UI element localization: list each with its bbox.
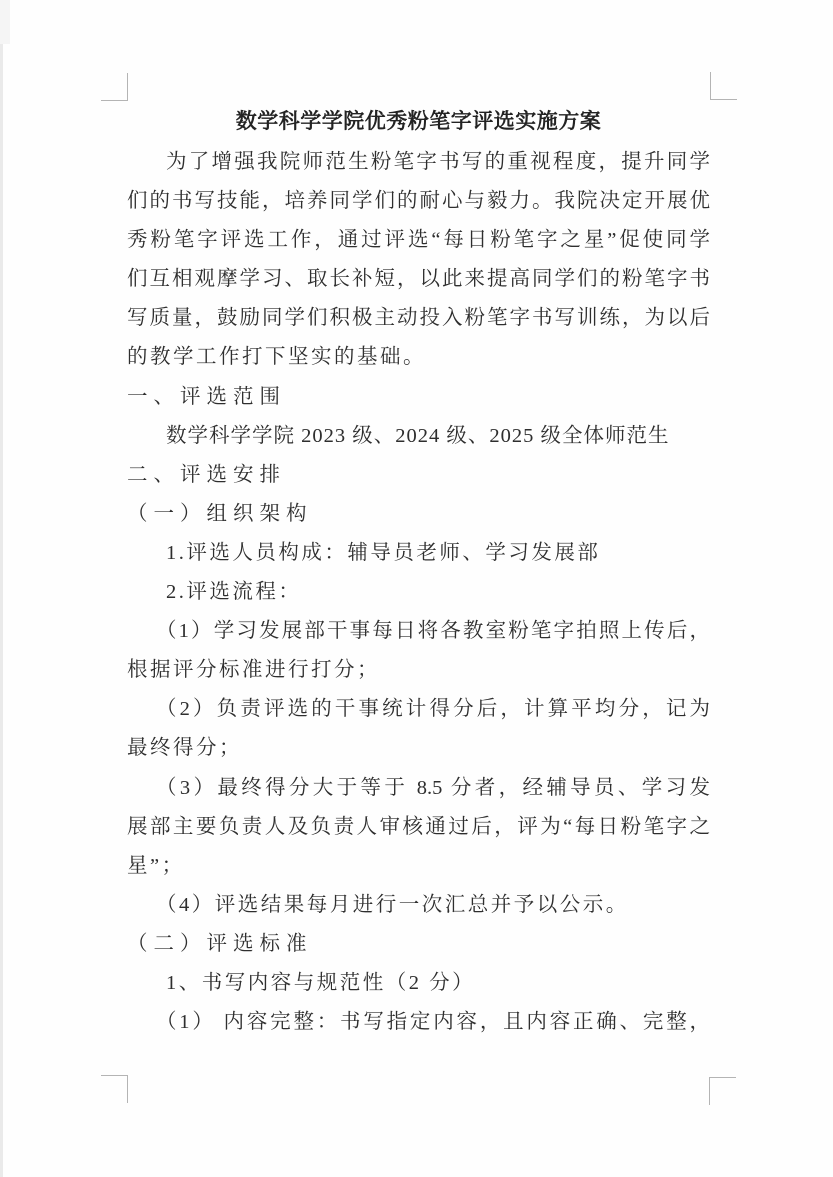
crop-mark-bottom-left: [101, 1075, 128, 1103]
document-line: 们互相观摩学习、取长补短，以此来提高同学们的粉笔字书: [127, 260, 710, 299]
page-left-edge: [0, 0, 3, 1177]
crop-mark-top-left: [101, 73, 128, 101]
document-page: { "page": { "background": "#fefefe", "te…: [0, 0, 833, 1177]
crop-mark-top-right: [710, 72, 737, 100]
document-line: 2.评选流程：: [127, 573, 710, 612]
document-line: 们的书写技能，培养同学们的耐心与毅力。我院决定开展优: [127, 182, 710, 221]
document-line: （一）组织架构: [127, 495, 710, 534]
document-line: 最终得分；: [127, 729, 710, 768]
document-line: （1）学习发展部干事每日将各教室粉笔字拍照上传后，: [127, 612, 710, 651]
document-line: （3）最终得分大于等于 8.5 分者，经辅导员、学习发: [127, 769, 710, 808]
document-line: 展部主要负责人及负责人审核通过后，评为“每日粉笔字之: [127, 808, 710, 847]
document-line: 星”；: [127, 847, 710, 886]
document-line: 二、评选安排: [127, 456, 710, 495]
document-line: 根据评分标准进行打分；: [127, 651, 710, 690]
page-left-edge-top: [0, 0, 10, 44]
document-line: 一、评选范围: [127, 378, 710, 417]
document-lines: 为了增强我院师范生粉笔字书写的重视程度，提升同学们的书写技能，培养同学们的耐心与…: [127, 143, 710, 1042]
document-line: 秀粉笔字评选工作，通过评选“每日粉笔字之星”促使同学: [127, 221, 710, 260]
document-line: 1、书写内容与规范性（2 分）: [127, 964, 710, 1003]
document-line: （1） 内容完整：书写指定内容，且内容正确、完整，: [127, 1003, 710, 1042]
document-title: 数学科学学院优秀粉笔字评选实施方案: [127, 100, 710, 143]
document-line: （二）评选标准: [127, 925, 710, 964]
document-line: 为了增强我院师范生粉笔字书写的重视程度，提升同学: [127, 143, 710, 182]
document-line: 数学科学学院 2023 级、2024 级、2025 级全体师范生: [127, 417, 710, 456]
document-line: 1.评选人员构成：辅导员老师、学习发展部: [127, 534, 710, 573]
document-line: （2）负责评选的干事统计得分后，计算平均分，记为: [127, 690, 710, 729]
crop-mark-bottom-right: [709, 1077, 736, 1105]
document-line: 写质量，鼓励同学们积极主动投入粉笔字书写训练，为以后: [127, 299, 710, 338]
document-line: 的教学工作打下坚实的基础。: [127, 338, 710, 377]
document-body: 数学科学学院优秀粉笔字评选实施方案 为了增强我院师范生粉笔字书写的重视程度，提升…: [127, 100, 710, 1042]
document-line: （4）评选结果每月进行一次汇总并予以公示。: [127, 886, 710, 925]
